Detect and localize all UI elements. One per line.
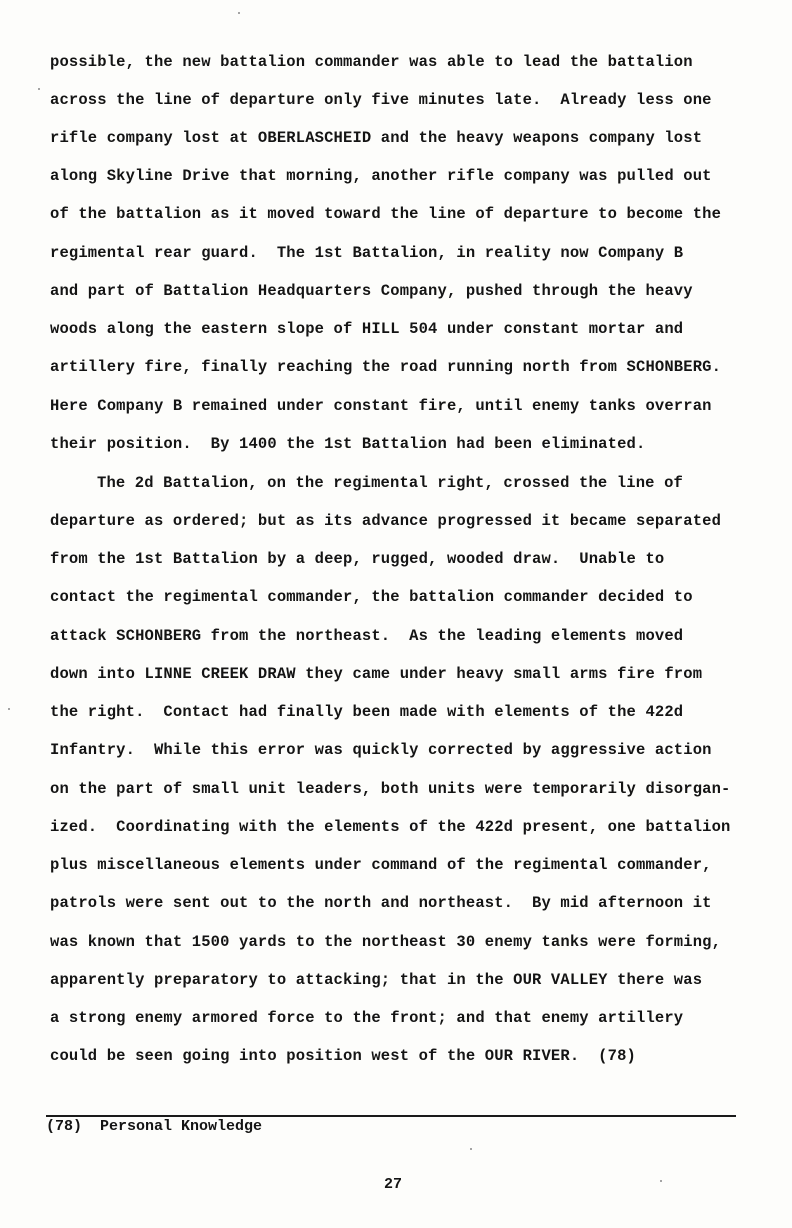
scan-speck bbox=[38, 88, 40, 90]
body-line: rifle company lost at OBERLASCHEID and t… bbox=[50, 128, 702, 148]
body-line: patrols were sent out to the north and n… bbox=[50, 893, 712, 913]
body-line: a strong enemy armored force to the fron… bbox=[50, 1008, 683, 1028]
footnote: (78) Personal Knowledge bbox=[46, 1117, 262, 1137]
body-line: ized. Coordinating with the elements of … bbox=[50, 817, 731, 837]
body-line: apparently preparatory to attacking; tha… bbox=[50, 970, 702, 990]
body-line: was known that 1500 yards to the northea… bbox=[50, 932, 721, 952]
document-page: possible, the new battalion commander wa… bbox=[0, 0, 792, 1228]
body-line: Infantry. While this error was quickly c… bbox=[50, 740, 712, 760]
scan-speck bbox=[470, 1148, 472, 1150]
body-line: across the line of departure only five m… bbox=[50, 90, 712, 110]
scan-speck bbox=[8, 708, 10, 710]
page-number: 27 bbox=[384, 1176, 402, 1193]
body-line: the right. Contact had finally been made… bbox=[50, 702, 683, 722]
body-line: contact the regimental commander, the ba… bbox=[50, 587, 693, 607]
body-line: Here Company B remained under constant f… bbox=[50, 396, 712, 416]
body-line: attack SCHONBERG from the northeast. As … bbox=[50, 626, 683, 646]
body-line: plus miscellaneous elements under comman… bbox=[50, 855, 712, 875]
body-line: woods along the eastern slope of HILL 50… bbox=[50, 319, 683, 339]
body-line: and part of Battalion Headquarters Compa… bbox=[50, 281, 693, 301]
scan-speck bbox=[660, 1180, 662, 1182]
body-line: possible, the new battalion commander wa… bbox=[50, 52, 693, 72]
body-line: departure as ordered; but as its advance… bbox=[50, 511, 721, 531]
scan-speck bbox=[238, 12, 240, 14]
body-line: their position. By 1400 the 1st Battalio… bbox=[50, 434, 645, 454]
body-line: of the battalion as it moved toward the … bbox=[50, 204, 721, 224]
paragraph-start-line: The 2d Battalion, on the regimental righ… bbox=[97, 473, 683, 493]
body-line: on the part of small unit leaders, both … bbox=[50, 779, 731, 799]
body-line: could be seen going into position west o… bbox=[50, 1046, 636, 1066]
body-line: regimental rear guard. The 1st Battalion… bbox=[50, 243, 683, 263]
body-line: along Skyline Drive that morning, anothe… bbox=[50, 166, 712, 186]
body-line: from the 1st Battalion by a deep, rugged… bbox=[50, 549, 664, 569]
body-line: down into LINNE CREEK DRAW they came und… bbox=[50, 664, 702, 684]
body-line: artillery fire, finally reaching the roa… bbox=[50, 357, 721, 377]
